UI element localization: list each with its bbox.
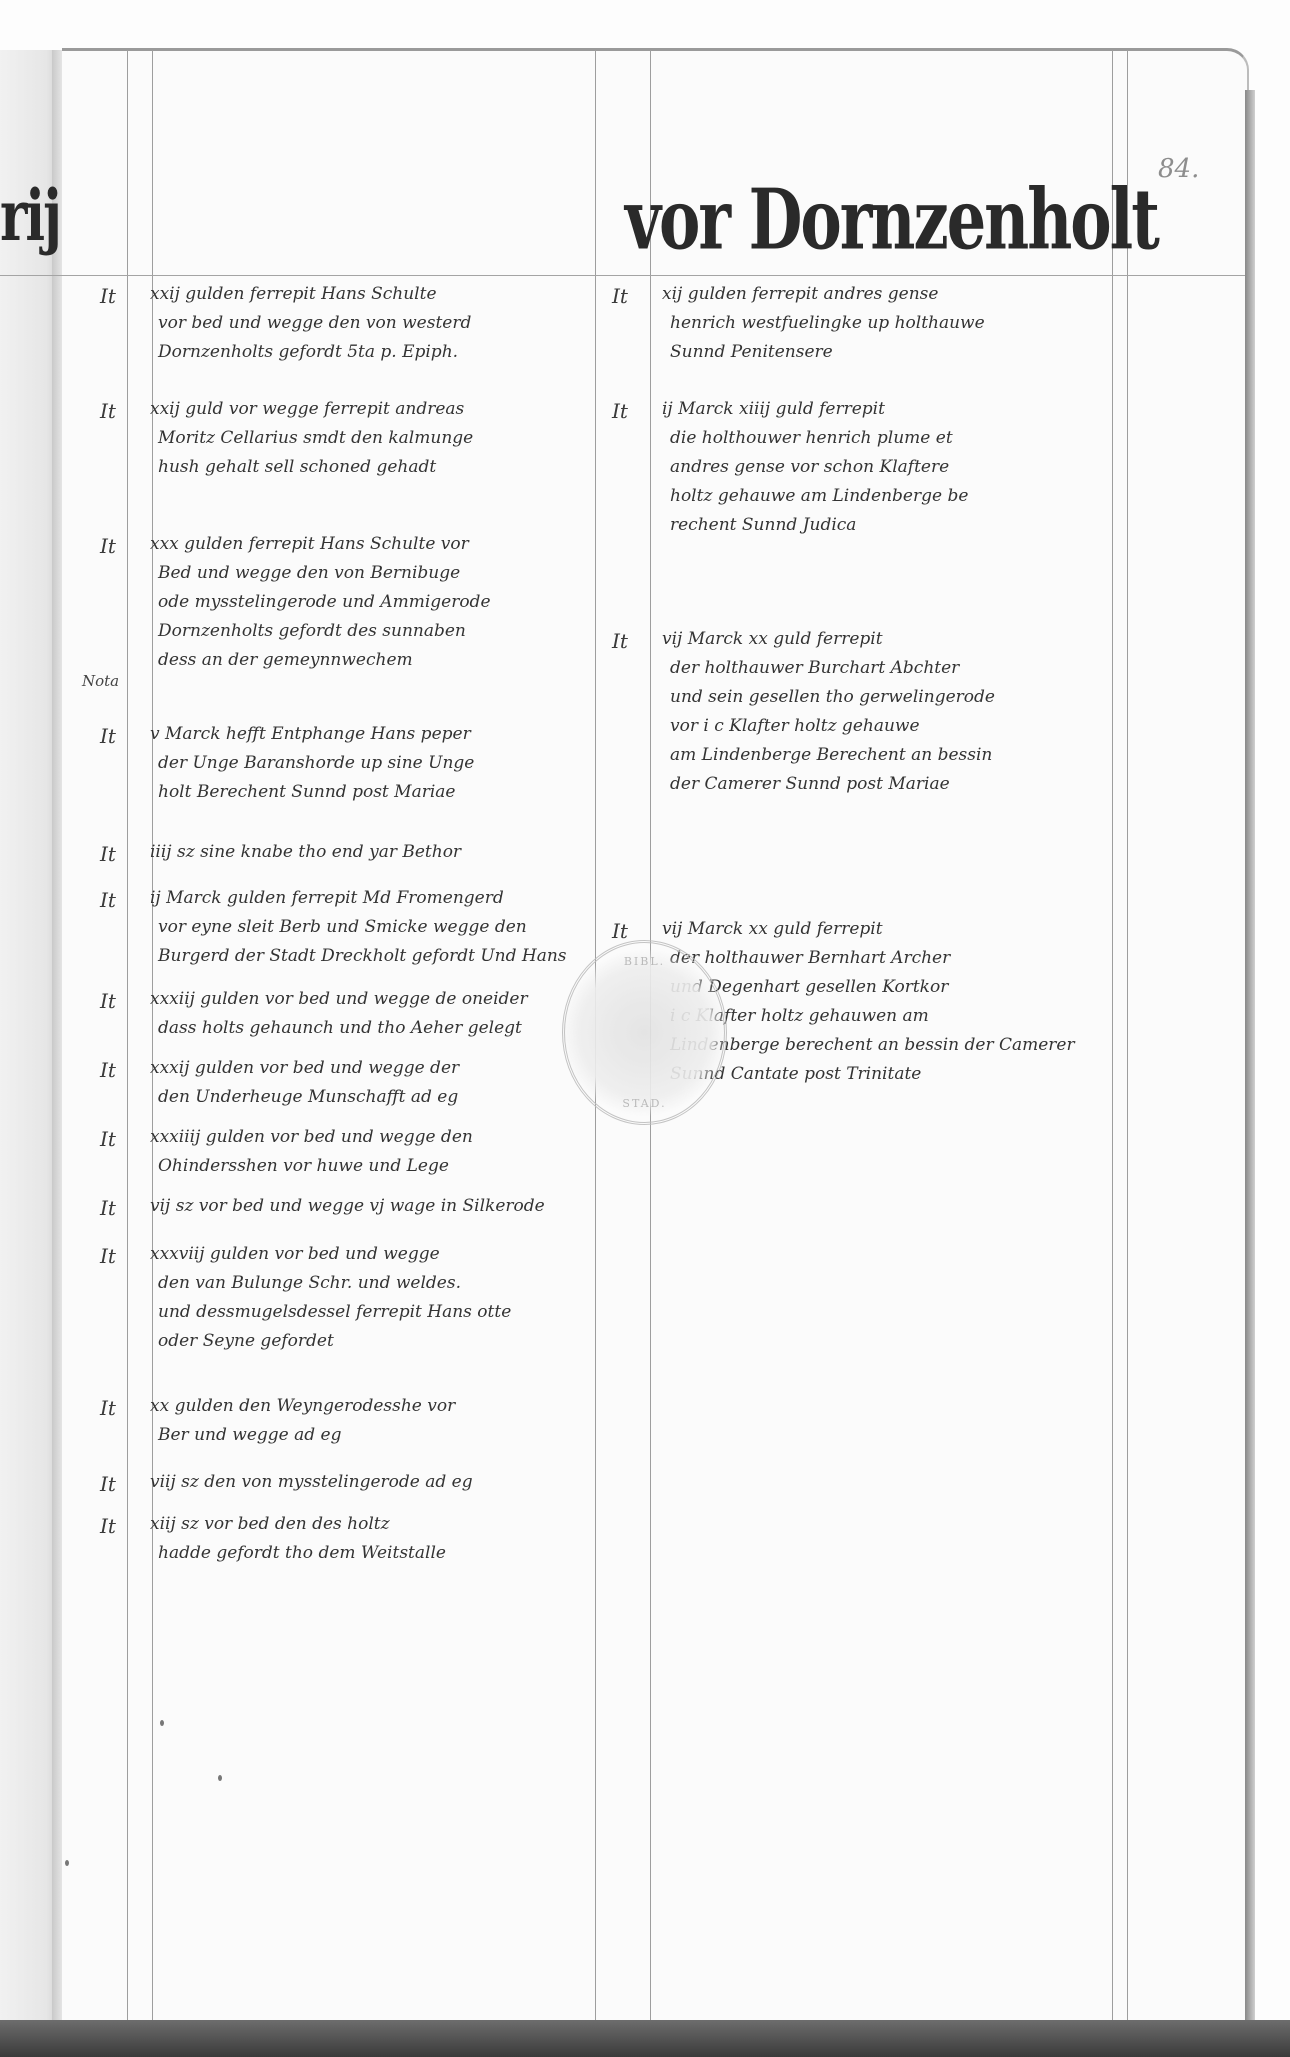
entry-line: xiij sz vor bed den des holtz: [150, 1510, 446, 1539]
ledger-entry: Itvij sz vor bed und wegge vj wage in Si…: [150, 1192, 545, 1221]
entry-line: oder Seyne gefordet: [150, 1327, 511, 1356]
ledger-entry: Itij Marck xiiij guld ferrepitdie holtho…: [662, 395, 968, 540]
entry-line: Dornzenholts gefordt des sunnaben: [150, 617, 491, 646]
entry-line: xxxiij gulden vor bed und wegge de oneid…: [150, 985, 528, 1014]
ink-speck: [160, 1720, 164, 1726]
ledger-entry: Itxxxiiij gulden vor bed und wegge denOh…: [150, 1123, 473, 1181]
ledger-entry: Itxxxiij gulden vor bed und wegge de one…: [150, 985, 528, 1043]
ledger-entry: Itvij Marck xx guld ferrepitder holthauw…: [662, 915, 1075, 1089]
entry-line: vij Marck xx guld ferrepit: [662, 915, 1075, 944]
page-edge: [1245, 90, 1255, 2020]
entry-line: holt Berechent Sunnd post Mariae: [150, 778, 474, 807]
entry-line: die holthouwer henrich plume et: [662, 424, 968, 453]
entry-line: xxx gulden ferrepit Hans Schulte vor: [150, 530, 491, 559]
item-marker: It: [100, 1470, 116, 1499]
entry-line: und Degenhart gesellen Kortkor: [662, 973, 1075, 1002]
entry-line: den Underheuge Munschafft ad eg: [150, 1083, 459, 1112]
ledger-entry: Itxiij sz vor bed den des holtzhadde gef…: [150, 1510, 446, 1568]
entry-line: vij Marck xx guld ferrepit: [662, 625, 995, 654]
ledger-entry: Itxij gulden ferrepit andres gensehenric…: [662, 280, 985, 367]
item-marker: It: [612, 397, 628, 426]
entry-line: ij Marck gulden ferrepit Md Fromengerd: [150, 884, 567, 913]
item-marker: It: [100, 886, 116, 915]
entry-line: xxxviij gulden vor bed und wegge: [150, 1240, 511, 1269]
entry-line: xxij gulden ferrepit Hans Schulte: [150, 280, 471, 309]
item-marker: It: [612, 282, 628, 311]
entry-line: v Marck hefft Entphange Hans peper: [150, 720, 474, 749]
entry-line: holtz gehauwe am Lindenberge be: [662, 482, 968, 511]
library-stamp: BIBL. STAD.: [562, 940, 727, 1125]
entry-line: Sunnd Cantate post Trinitate: [662, 1060, 1075, 1089]
entry-line: xij gulden ferrepit andres gense: [662, 280, 985, 309]
stamp-text-bottom: STAD.: [565, 1097, 724, 1110]
item-marker: It: [100, 1512, 116, 1541]
entry-line: der holthauwer Burchart Abchter: [662, 654, 995, 683]
entry-line: xxxiiij gulden vor bed und wegge den: [150, 1123, 473, 1152]
margin-note-nota: Nota: [82, 672, 119, 690]
header-rule: [0, 275, 1245, 276]
item-marker: It: [100, 1125, 116, 1154]
ink-speck: [65, 1860, 69, 1866]
item-marker: It: [100, 1242, 116, 1271]
rule-line: [1127, 50, 1128, 2020]
ledger-entry: Itxxij guld vor wegge ferrepit andreasMo…: [150, 395, 473, 482]
ledger-entry: Itxx gulden den Weyngerodesshe vorBer un…: [150, 1392, 455, 1450]
entry-line: Moritz Cellarius smdt den kalmunge: [150, 424, 473, 453]
ledger-entry: Itiiij sz sine knabe tho end yar Bethor: [150, 838, 461, 867]
entry-line: der Camerer Sunnd post Mariae: [662, 770, 995, 799]
entry-line: Ohindersshen vor huwe und Lege: [150, 1152, 473, 1181]
entry-line: henrich westfuelingke up holthauwe: [662, 309, 985, 338]
ledger-entry: Itv Marck hefft Entphange Hans peperder …: [150, 720, 474, 807]
entry-line: dess an der gemeynnwechem: [150, 646, 491, 675]
ledger-entry: Itxxxij gulden vor bed und wegge derden …: [150, 1054, 459, 1112]
item-marker: It: [100, 1056, 116, 1085]
entry-line: andres gense vor schon Klaftere: [662, 453, 968, 482]
entry-line: am Lindenberge Berechent an bessin: [662, 741, 995, 770]
entry-line: und dessmugelsdessel ferrepit Hans otte: [150, 1298, 511, 1327]
entry-line: Bed und wegge den von Bernibuge: [150, 559, 491, 588]
ledger-entry: Itij Marck gulden ferrepit Md Fromengerd…: [150, 884, 567, 971]
ledger-entry: Itviij sz den von mysstelingerode ad eg: [150, 1468, 473, 1497]
page-heading: vor Dornzenholt: [625, 170, 1158, 269]
entry-line: hush gehalt sell schoned gehadt: [150, 453, 473, 482]
ink-speck: [218, 1775, 222, 1781]
item-marker: It: [100, 1394, 116, 1423]
entry-line: hadde gefordt tho dem Weitstalle: [150, 1539, 446, 1568]
item-marker: It: [100, 282, 116, 311]
entry-line: viij sz den von mysstelingerode ad eg: [150, 1468, 473, 1497]
book-bottom-edge: [0, 2020, 1290, 2057]
entry-line: vor eyne sleit Berb und Smicke wegge den: [150, 913, 567, 942]
ledger-entry: Itxxij gulden ferrepit Hans Schultevor b…: [150, 280, 471, 367]
ledger-entry: Itvij Marck xx guld ferrepitder holthauw…: [662, 625, 995, 799]
entry-line: xxxij gulden vor bed und wegge der: [150, 1054, 459, 1083]
entry-line: ij Marck xiiij guld ferrepit: [662, 395, 968, 424]
entry-line: xx gulden den Weyngerodesshe vor: [150, 1392, 455, 1421]
item-marker: It: [100, 532, 116, 561]
item-marker: It: [100, 840, 116, 869]
entry-line: und sein gesellen tho gerwelingerode: [662, 683, 995, 712]
entry-line: vij sz vor bed und wegge vj wage in Silk…: [150, 1192, 545, 1221]
item-marker: It: [100, 722, 116, 751]
stamp-text-top: BIBL.: [565, 955, 724, 968]
item-marker: It: [100, 987, 116, 1016]
entry-line: den van Bulunge Schr. und weldes.: [150, 1269, 511, 1298]
entry-line: Burgerd der Stadt Dreckholt gefordt Und …: [150, 942, 567, 971]
entry-line: ode mysstelingerode und Ammigerode: [150, 588, 491, 617]
rule-line: [1112, 50, 1113, 2020]
entry-line: vor i c Klafter holtz gehauwe: [662, 712, 995, 741]
entry-line: dass holts gehaunch und tho Aeher gelegt: [150, 1014, 528, 1043]
folio-number: 84.: [1158, 154, 1199, 184]
item-marker: It: [100, 1194, 116, 1223]
ledger-entry: Itxxx gulden ferrepit Hans Schulte vorBe…: [150, 530, 491, 675]
previous-page-edge: [0, 50, 58, 2040]
entry-line: xxij guld vor wegge ferrepit andreas: [150, 395, 473, 424]
rule-line: [127, 50, 128, 2020]
entry-line: Ber und wegge ad eg: [150, 1421, 455, 1450]
entry-line: Sunnd Penitensere: [662, 338, 985, 367]
item-marker: It: [612, 627, 628, 656]
entry-line: Dornzenholts gefordt 5ta p. Epiph.: [150, 338, 471, 367]
entry-line: iiij sz sine knabe tho end yar Bethor: [150, 838, 461, 867]
item-marker: It: [100, 397, 116, 426]
ledger-entry: Itxxxviij gulden vor bed und weggeden va…: [150, 1240, 511, 1356]
entry-line: rechent Sunnd Judica: [662, 511, 968, 540]
entry-line: vor bed und wegge den von westerd: [150, 309, 471, 338]
entry-line: der Unge Baranshorde up sine Unge: [150, 749, 474, 778]
previous-page-heading: rij: [0, 175, 60, 257]
